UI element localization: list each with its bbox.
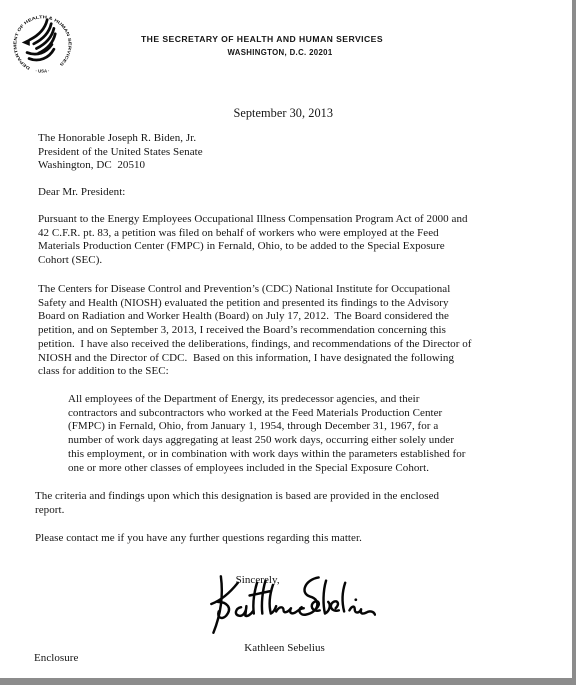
- letterhead-line1: THE SECRETARY OF HEALTH AND HUMAN SERVIC…: [0, 34, 576, 44]
- recipient-address: The Honorable Joseph R. Biden, Jr. Presi…: [38, 132, 538, 173]
- letterhead-line2: WASHINGTON, D.C. 20201: [0, 48, 576, 57]
- body-paragraph-1: Pursuant to the Energy Employees Occupat…: [38, 213, 543, 268]
- letter-page: DEPARTMENT OF HEALTH & HUMAN SERVICES · …: [0, 0, 576, 685]
- salutation: Dear Mr. President:: [38, 186, 538, 200]
- seal-usa-text: · USA ·: [35, 69, 49, 74]
- class-definition-blockquote: All employees of the Department of Energ…: [68, 393, 548, 475]
- body-paragraph-2: The Centers for Disease Control and Prev…: [38, 283, 553, 379]
- body-paragraph-3: The criteria and findings upon which thi…: [35, 490, 540, 517]
- body-paragraph-4: Please contact me if you have any furthe…: [35, 532, 540, 546]
- enclosure-note: Enclosure: [34, 652, 334, 666]
- hhs-seal-icon: DEPARTMENT OF HEALTH & HUMAN SERVICES · …: [9, 11, 76, 78]
- scan-edge-right: [572, 0, 576, 685]
- letter-date: September 30, 2013: [0, 93, 576, 134]
- scan-edge-bottom: [0, 678, 576, 685]
